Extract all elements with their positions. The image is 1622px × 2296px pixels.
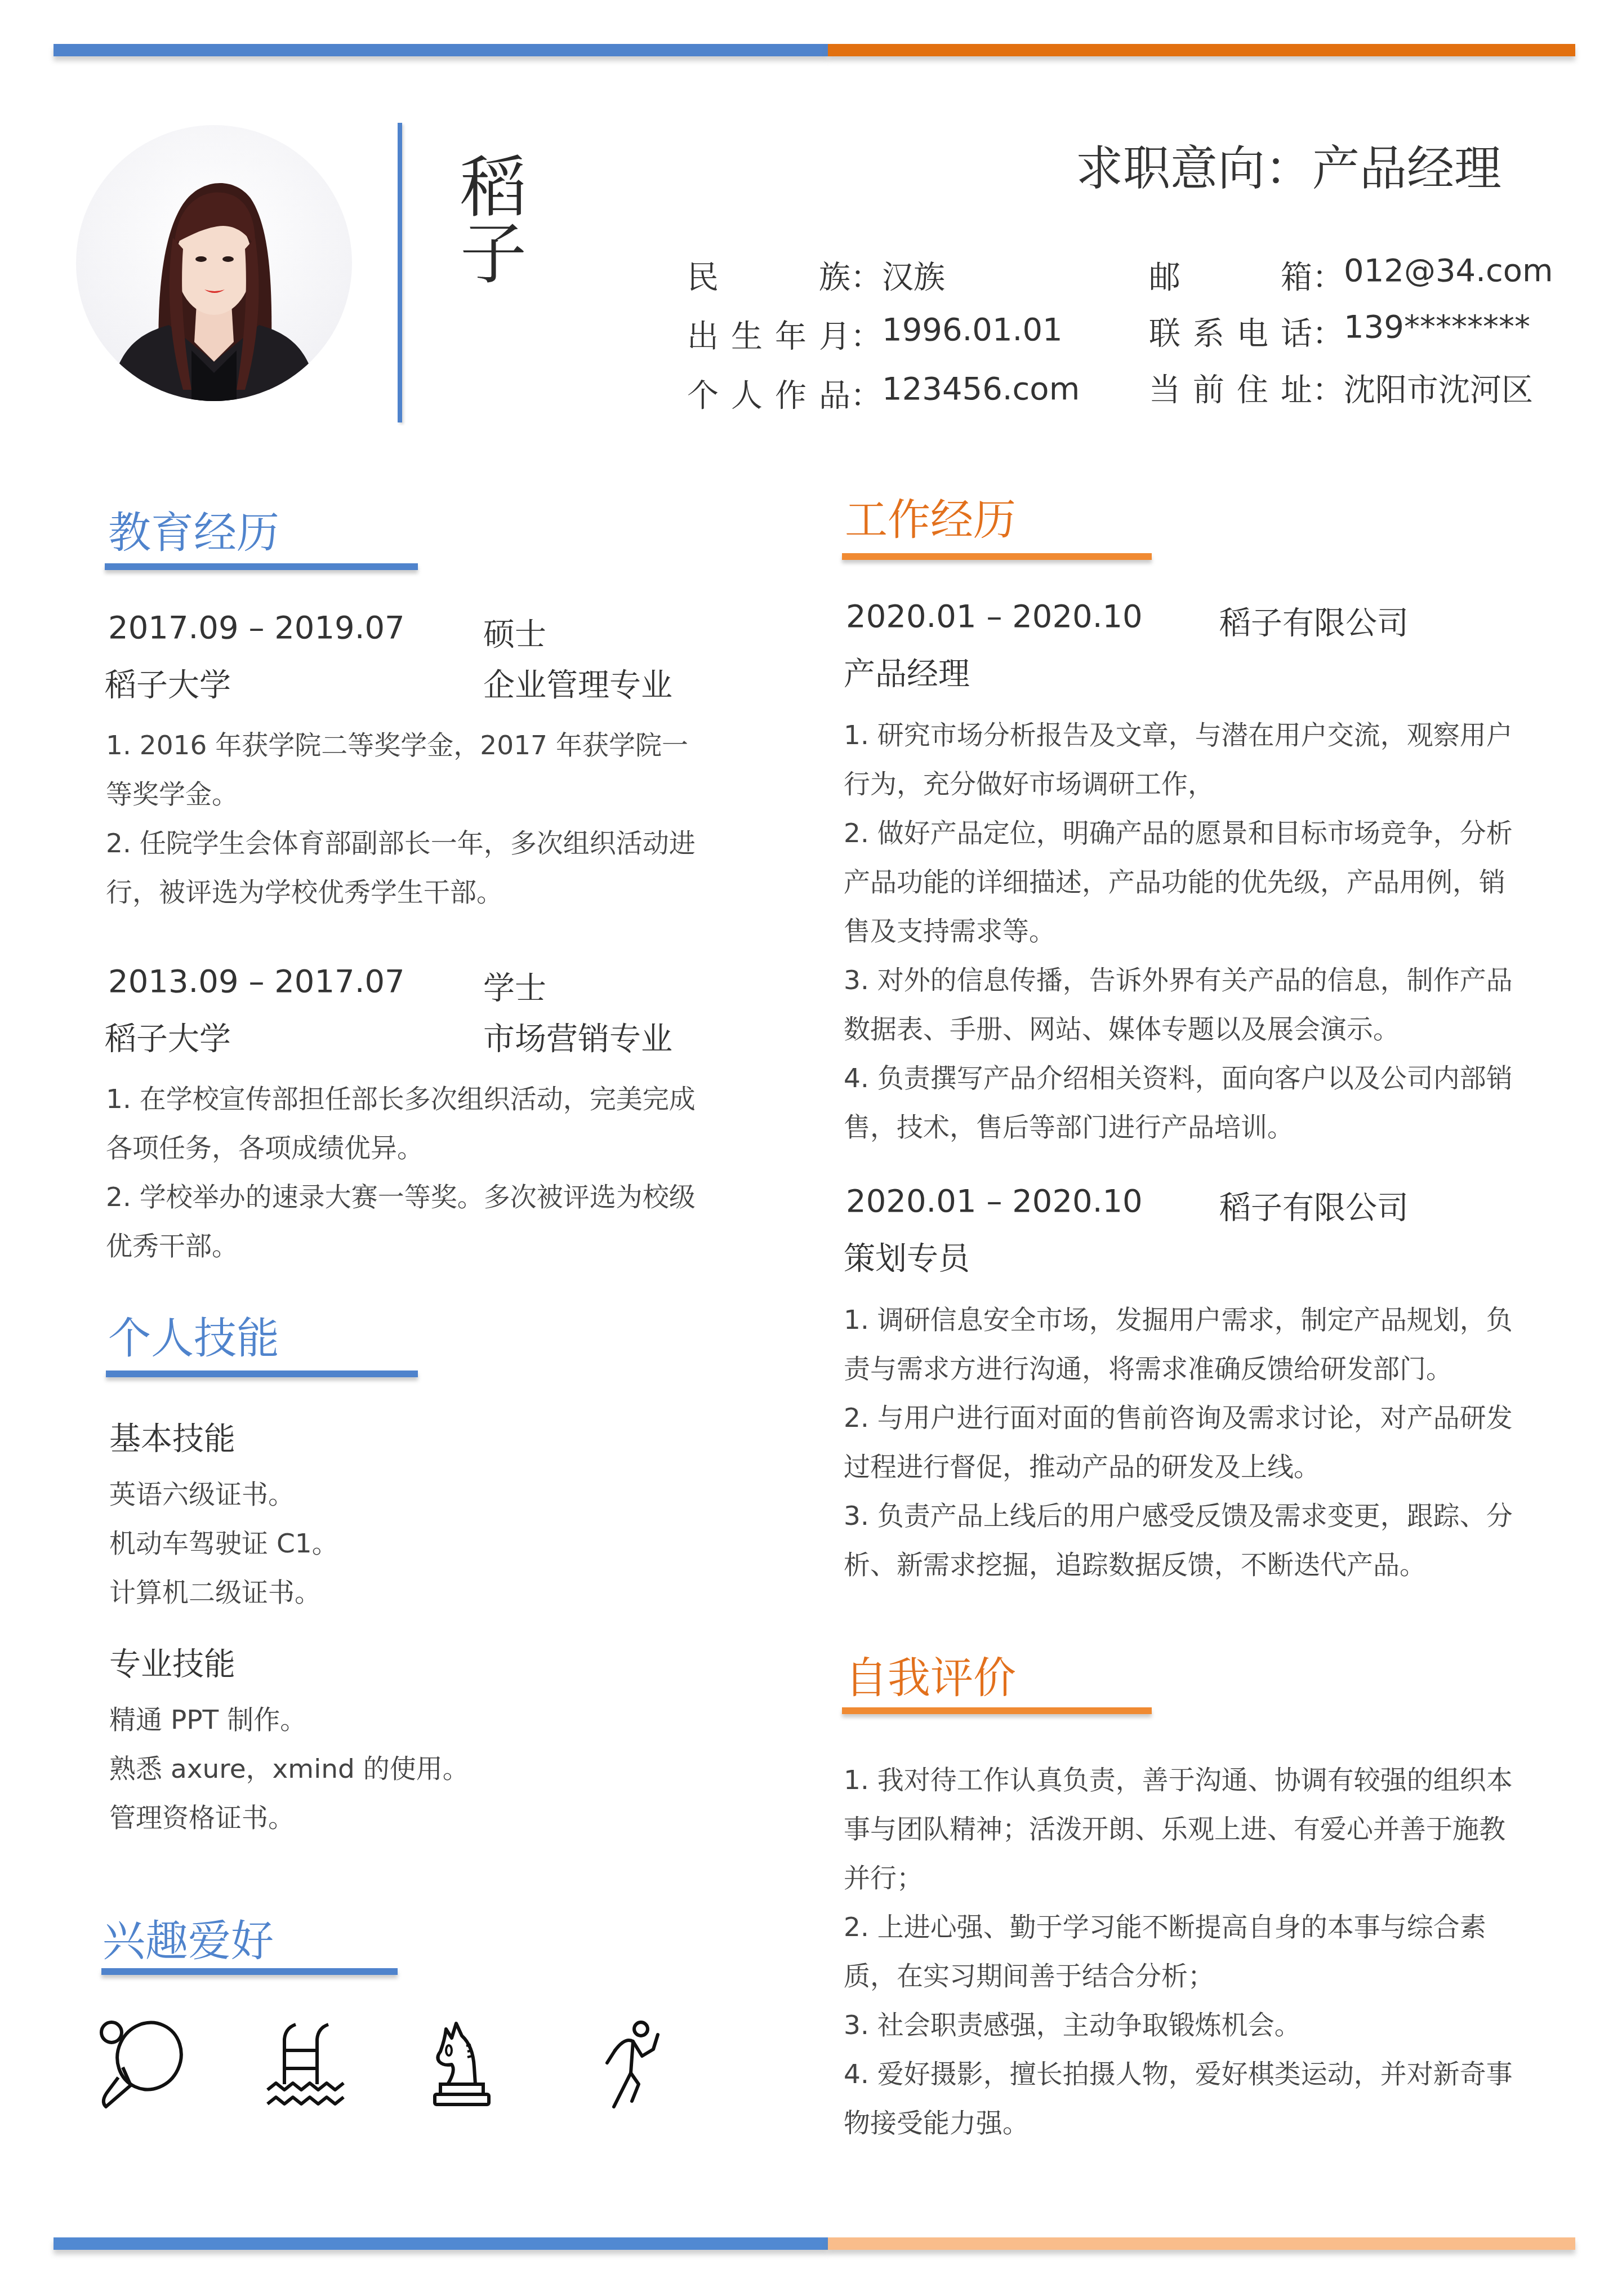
info-value: 沈阳市沈河区 [1344,365,1533,410]
info-value: 139******** [1344,309,1530,354]
detail-item: 2. 任院学生会体育部副部长一年，多次组织活动进行，被评选为学校优秀学生干部。 [106,819,703,917]
skill-item: 机动车驾驶证 C1。 [109,1519,338,1568]
colon: ： [1312,252,1344,297]
chess-knight-icon [417,2017,513,2112]
profile-photo [76,125,352,401]
info-value[interactable]: 123456.com [882,371,1080,416]
eval-item: 1. 我对待工作认真负责，善于沟通、协调有较强的组织本事与团队精神；活泼开朗、乐… [844,1756,1522,1903]
info-birthdate: 出生年月：1996.01.01 [687,312,1063,357]
edu-2-degree: 学士 [483,963,546,1008]
colon: ： [850,252,882,297]
edu-2-school: 稻子大学 [105,1014,231,1059]
running-icon [574,2017,670,2112]
work-2-period: 2020.01 – 2020.10 [846,1183,1143,1220]
work-1-position: 产品经理 [844,649,970,694]
eval-item: 2. 上进心强、勤于学习能不断提高自身的本事与综合素质，在实习期间善于结合分析； [844,1903,1522,2001]
skills-basic-list: 英语六级证书。 机动车驾驶证 C1。 计算机二级证书。 [109,1470,338,1617]
info-label: 当前住址 [1149,365,1312,410]
edu-1-major: 企业管理专业 [483,660,672,705]
skills-title: 个人技能 [108,1304,279,1365]
detail-item: 4. 负责撰写产品介绍相关资料，面向客户以及公司内部销售，技术，售后等部门进行产… [844,1054,1522,1152]
edu-2-details: 1. 在学校宣传部担任部长多次组织活动，完美完成各项任务，各项成绩优异。 2. … [106,1075,703,1271]
info-value[interactable]: 012@34.com [1344,252,1553,297]
detail-item: 1. 研究市场分析报告及文章，与潜在用户交流，观察用户行为，充分做好市场调研工作… [844,711,1522,809]
detail-item: 3. 负责产品上线后的用户感受反馈及需求变更，跟踪、分析、新需求挖掘，追踪数据反… [844,1492,1522,1590]
edu-2-major: 市场营销专业 [483,1014,672,1059]
skills-pro-list: 精通 PPT 制作。 熟悉 axure，xmind 的使用。 管理资格证书。 [109,1696,469,1843]
info-label: 邮 箱 [1149,252,1312,297]
eval-item: 4. 爱好摄影，擅长拍摄人物，爱好棋类运动，并对新奇事物接受能力强。 [844,2050,1522,2148]
work-1-company: 稻子有限公司 [1219,598,1409,643]
skill-item: 管理资格证书。 [109,1794,469,1843]
skills-pro-title: 专业技能 [109,1639,235,1684]
self-eval-list: 1. 我对待工作认真负责，善于沟通、协调有较强的组织本事与团队精神；活泼开朗、乐… [844,1756,1522,2148]
info-label: 民 族 [687,252,850,297]
candidate-name: 稻子 [448,152,521,285]
colon: ： [1312,309,1344,354]
edu-1-school: 稻子大学 [105,660,231,705]
info-address: 当前住址：沈阳市沈河区 [1149,365,1533,410]
info-email: 邮 箱：012@34.com [1149,252,1553,297]
bottom-bar-peach [828,2237,1575,2250]
education-underline [105,563,418,570]
hobbies-underline [101,1968,398,1975]
skills-basic-title: 基本技能 [109,1414,235,1459]
colon: ： [850,312,882,357]
detail-item: 1. 调研信息安全市场，发掘用户需求，制定产品规划，负责与需求方进行沟通，将需求… [844,1296,1522,1394]
work-underline [842,553,1152,560]
skills-underline [106,1371,418,1377]
work-2-position: 策划专员 [844,1234,970,1279]
info-label: 联系电话 [1149,309,1312,354]
job-intent: 求职意向：产品经理 [1076,131,1501,199]
edu-1-details: 1. 2016 年获学院二等奖学金，2017 年获学院一等奖学金。 2. 任院学… [106,721,703,917]
detail-item: 1. 在学校宣传部担任部长多次组织活动，完美完成各项任务，各项成绩优异。 [106,1075,703,1173]
detail-item: 2. 做好产品定位，明确产品的愿景和目标市场竞争，分析产品功能的详细描述，产品功… [844,809,1522,956]
top-bar-orange [828,44,1575,56]
info-value: 1996.01.01 [882,312,1063,357]
detail-item: 2. 与用户进行面对面的售前咨询及需求讨论，对产品研发过程进行督促，推动产品的研… [844,1394,1522,1492]
detail-item: 2. 学校举办的速录大赛一等奖。多次被评选为校级优秀干部。 [106,1173,703,1271]
info-label: 个人作品 [687,371,850,416]
education-title: 教育经历 [108,499,279,560]
info-phone: 联系电话：139******** [1149,309,1530,354]
self-eval-underline [842,1707,1152,1714]
table-tennis-icon [96,2017,191,2112]
work-title: 工作经历 [845,486,1016,547]
edu-2-period: 2013.09 – 2017.07 [108,963,405,1000]
skill-item: 精通 PPT 制作。 [109,1696,469,1745]
work-1-details: 1. 研究市场分析报告及文章，与潜在用户交流，观察用户行为，充分做好市场调研工作… [844,711,1522,1152]
swimming-pool-icon [256,2017,352,2112]
bottom-bar-blue [54,2237,828,2250]
work-2-details: 1. 调研信息安全市场，发掘用户需求，制定产品规划，负责与需求方进行沟通，将需求… [844,1296,1522,1590]
work-2-company: 稻子有限公司 [1219,1183,1409,1228]
edu-1-period: 2017.09 – 2019.07 [108,609,405,646]
info-value: 汉族 [882,252,945,297]
info-ethnicity: 民 族：汉族 [687,252,945,297]
skill-item: 计算机二级证书。 [109,1568,338,1617]
work-1-period: 2020.01 – 2020.10 [846,598,1143,635]
edu-1-degree: 硕士 [483,609,546,655]
info-label: 出生年月 [687,312,850,357]
colon: ： [850,371,882,416]
detail-item: 1. 2016 年获学院二等奖学金，2017 年获学院一等奖学金。 [106,721,703,819]
hobbies-title: 兴趣爱好 [103,1907,274,1968]
header-divider [398,123,402,422]
skill-item: 熟悉 axure，xmind 的使用。 [109,1745,469,1794]
detail-item: 3. 对外的信息传播，告诉外界有关产品的信息，制作产品数据表、手册、网站、媒体专… [844,956,1522,1054]
top-bar-blue [54,44,828,56]
skill-item: 英语六级证书。 [109,1470,338,1519]
colon: ： [1312,365,1344,410]
info-portfolio: 个人作品：123456.com [687,371,1080,416]
self-eval-title: 自我评价 [845,1644,1016,1705]
eval-item: 3. 社会职责感强，主动争取锻炼机会。 [844,2001,1522,2050]
portrait-illustration [76,125,352,401]
